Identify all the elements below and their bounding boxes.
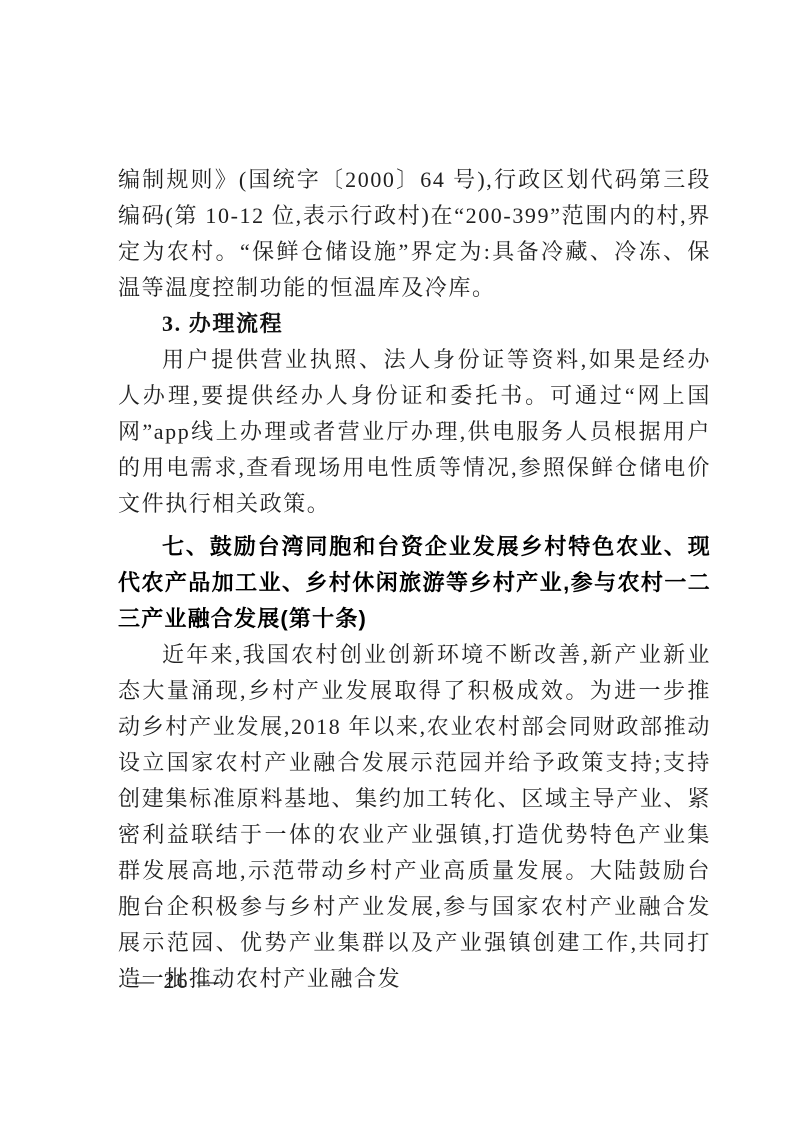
document-page: 编制规则》(国统字〔2000〕64 号),行政区划代码第三段编码(第 10-12… [0,0,793,1122]
page-number: — 26 — [132,968,221,993]
subsection-heading: 3. 办理流程 [118,306,711,342]
paragraph-rural-industry: 近年来,我国农村创业创新环境不断改善,新产业新业态大量涌现,乡村产业发展取得了积… [118,637,711,997]
section-heading-article-ten: 七、鼓励台湾同胞和台资企业发展乡村特色农业、现代农产品加工业、乡村休闲旅游等乡村… [118,529,711,637]
paragraph-continuation: 编制规则》(国统字〔2000〕64 号),行政区划代码第三段编码(第 10-12… [118,162,711,306]
page-content: 编制规则》(国统字〔2000〕64 号),行政区划代码第三段编码(第 10-12… [118,162,711,997]
page-footer: — 26 — [132,966,221,996]
paragraph-handling-process: 用户提供营业执照、法人身份证等资料,如果是经办人办理,要提供经办人身份证和委托书… [118,342,711,522]
